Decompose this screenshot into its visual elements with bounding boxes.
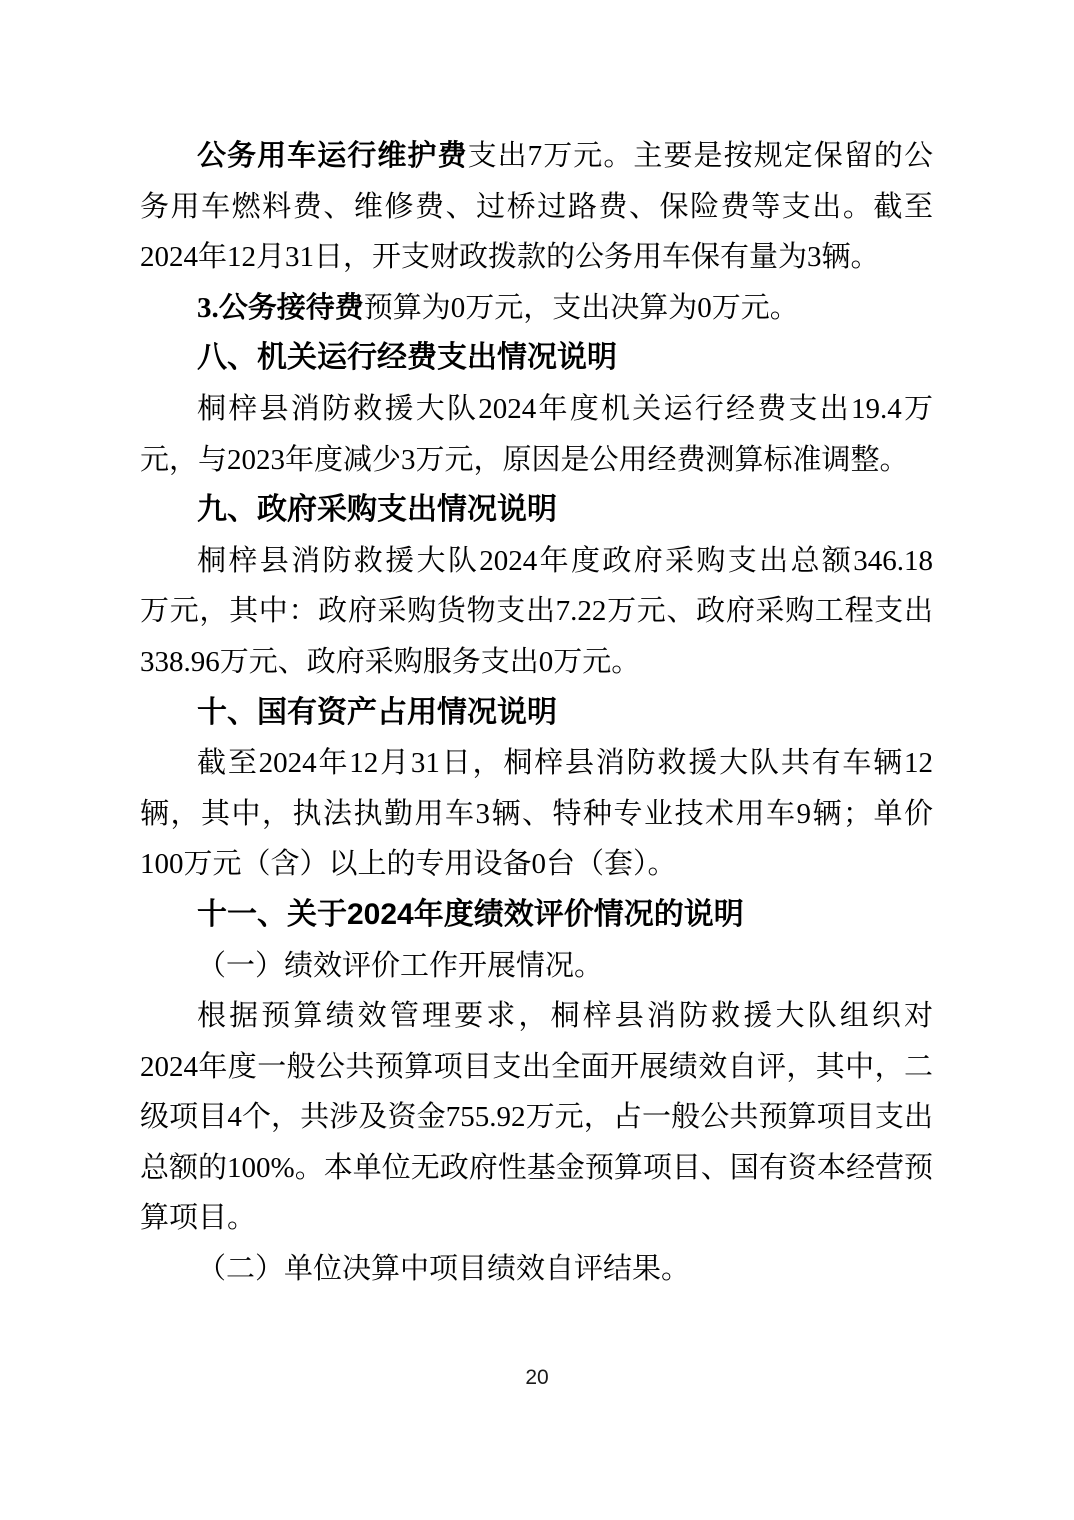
text-line: 级项目4个，共涉及资金755.92万元，占一般公共预算项目支出: [140, 1092, 933, 1143]
text-run: 辆，其中，执法执勤用车3辆、特种专业技术用车9辆；单价: [140, 798, 933, 830]
text-run: 级项目4个，共涉及资金755.92万元，占一般公共预算项目支出: [140, 1101, 933, 1133]
text-run: 100万元（含）以上的专用设备0台（套）。: [140, 848, 677, 880]
text-line: 八、机关运行经费支出情况说明: [140, 333, 933, 384]
text-line: 100万元（含）以上的专用设备0台（套）。: [140, 839, 933, 890]
text-run: 八、机关运行经费支出情况说明: [197, 341, 617, 374]
text-line: 338.96万元、政府采购服务支出0万元。: [140, 637, 933, 688]
text-run: 桐梓县消防救援大队2024年度机关运行经费支出19.4万: [197, 393, 933, 425]
text-line: 十、国有资产占用情况说明: [140, 688, 933, 739]
text-run: 2024年度一般公共预算项目支出全面开展绩效自评，其中，二: [140, 1051, 933, 1083]
text-line: 算项目。: [140, 1193, 933, 1244]
text-line: 十一、关于2024年度绩效评价情况的说明: [140, 890, 933, 941]
text-run: 根据预算绩效管理要求，桐梓县消防救援大队组织对: [197, 1000, 933, 1032]
text-run: 九、政府采购支出情况说明: [197, 493, 557, 526]
text-run: 十、国有资产占用情况说明: [197, 696, 557, 729]
text-line: 桐梓县消防救援大队2024年度机关运行经费支出19.4万: [140, 384, 933, 435]
text-line: 2024年12月31日，开支财政拨款的公务用车保有量为3辆。: [140, 232, 933, 283]
text-run: 万元，其中：政府采购货物支出7.22万元、政府采购工程支出: [140, 595, 933, 627]
bold-text-run: 公务用车运行维护费: [197, 140, 468, 172]
text-line: 总额的100%。本单位无政府性基金预算项目、国有资本经营预: [140, 1143, 933, 1194]
text-run: 桐梓县消防救援大队2024年度政府采购支出总额346.18: [197, 545, 933, 577]
text-run: 支出7万元。主要是按规定保留的公: [468, 140, 933, 172]
text-line: （二）单位决算中项目绩效自评结果。: [140, 1244, 933, 1295]
text-run: 元，与2023年度减少3万元，原因是公用经费测算标准调整。: [140, 444, 909, 476]
text-run: 截至2024年12月31日，桐梓县消防救援大队共有车辆12: [197, 747, 933, 779]
document-body: 公务用车运行维护费支出7万元。主要是按规定保留的公务用车燃料费、维修费、过桥过路…: [140, 131, 933, 1295]
text-line: 万元，其中：政府采购货物支出7.22万元、政府采购工程支出: [140, 586, 933, 637]
text-line: 3.公务接待费预算为0万元，支出决算为0万元。: [140, 283, 933, 334]
text-line: （一）绩效评价工作开展情况。: [140, 941, 933, 992]
text-line: 公务用车运行维护费支出7万元。主要是按规定保留的公: [140, 131, 933, 182]
text-line: 根据预算绩效管理要求，桐梓县消防救援大队组织对: [140, 991, 933, 1042]
bold-text-run: 3.公务接待费: [197, 292, 364, 324]
text-line: 九、政府采购支出情况说明: [140, 485, 933, 536]
page-number: 20: [0, 1366, 1074, 1390]
text-run: 十一、关于2024年度绩效评价情况的说明: [197, 898, 744, 931]
text-run: 总额的100%。本单位无政府性基金预算项目、国有资本经营预: [140, 1152, 933, 1184]
text-run: 务用车燃料费、维修费、过桥过路费、保险费等支出。截至: [140, 191, 933, 223]
text-run: （一）绩效评价工作开展情况。: [197, 950, 603, 982]
text-line: 务用车燃料费、维修费、过桥过路费、保险费等支出。截至: [140, 182, 933, 233]
text-line: 辆，其中，执法执勤用车3辆、特种专业技术用车9辆；单价: [140, 789, 933, 840]
text-line: 截至2024年12月31日，桐梓县消防救援大队共有车辆12: [140, 738, 933, 789]
text-run: 预算为0万元，支出决算为0万元。: [364, 292, 799, 324]
text-run: 算项目。: [140, 1202, 256, 1234]
text-line: 2024年度一般公共预算项目支出全面开展绩效自评，其中，二: [140, 1042, 933, 1093]
text-run: 338.96万元、政府采购服务支出0万元。: [140, 646, 640, 678]
document-page: 公务用车运行维护费支出7万元。主要是按规定保留的公务用车燃料费、维修费、过桥过路…: [0, 0, 1074, 1520]
text-run: （二）单位决算中项目绩效自评结果。: [197, 1253, 690, 1285]
text-line: 桐梓县消防救援大队2024年度政府采购支出总额346.18: [140, 536, 933, 587]
text-line: 元，与2023年度减少3万元，原因是公用经费测算标准调整。: [140, 435, 933, 486]
text-run: 2024年12月31日，开支财政拨款的公务用车保有量为3辆。: [140, 241, 880, 273]
